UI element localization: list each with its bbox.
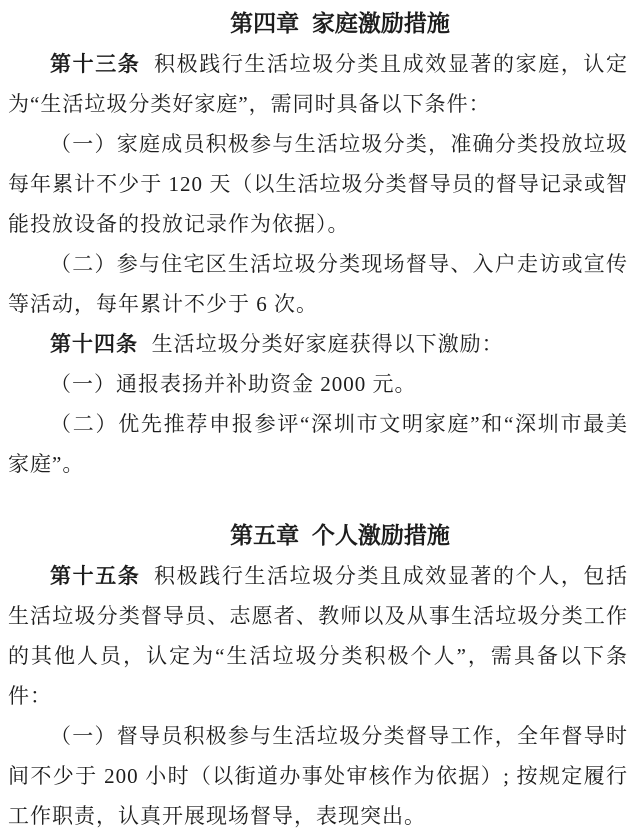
document-page: 第四章家庭激励措施 第十三条积极践行生活垃圾分类且成效显著的家庭，认定为“生活垃… bbox=[0, 0, 640, 836]
article-13-term: 第十三条 bbox=[50, 52, 140, 76]
chapter-5-heading: 第五章个人激励措施 bbox=[8, 516, 628, 556]
article-14-term: 第十四条 bbox=[50, 332, 138, 356]
chapter-5-title: 个人激励措施 bbox=[312, 523, 450, 548]
chapter-4-item-4-paragraph: （二）优先推荐申报参评“深圳市文明家庭”和“深圳市最美家庭”。 bbox=[8, 404, 628, 484]
chapter-4-item-2-paragraph: （二）参与住宅区生活垃圾分类现场督导、入户走访或宣传等活动，每年累计不少于 6 … bbox=[8, 244, 628, 324]
article-14-body: 生活垃圾分类好家庭获得以下激励： bbox=[152, 332, 504, 356]
chapter-4-heading: 第四章家庭激励措施 bbox=[8, 4, 628, 44]
article-15-paragraph: 第十五条积极践行生活垃圾分类且成效显著的个人，包括生活垃圾分类督导员、志愿者、教… bbox=[8, 556, 628, 716]
article-15-term: 第十五条 bbox=[50, 564, 140, 588]
chapter-4-item-1-paragraph: （一）家庭成员积极参与生活垃圾分类，准确分类投放垃圾每年累计不少于 120 天（… bbox=[8, 124, 628, 244]
chapter-4-number: 第四章 bbox=[230, 11, 299, 36]
chapter-5-number: 第五章 bbox=[230, 523, 299, 548]
chapter-5-section: 第五章个人激励措施 第十五条积极践行生活垃圾分类且成效显著的个人，包括生活垃圾分… bbox=[8, 516, 628, 836]
chapter-4-title: 家庭激励措施 bbox=[312, 11, 450, 36]
article-14-paragraph: 第十四条生活垃圾分类好家庭获得以下激励： bbox=[8, 324, 628, 364]
article-13-paragraph: 第十三条积极践行生活垃圾分类且成效显著的家庭，认定为“生活垃圾分类好家庭”，需同… bbox=[8, 44, 628, 124]
chapter-5-item-1-paragraph: （一）督导员积极参与生活垃圾分类督导工作，全年督导时间不少于 200 小时（以街… bbox=[8, 716, 628, 836]
chapter-4-item-3-paragraph: （一）通报表扬并补助资金 2000 元。 bbox=[8, 364, 628, 404]
